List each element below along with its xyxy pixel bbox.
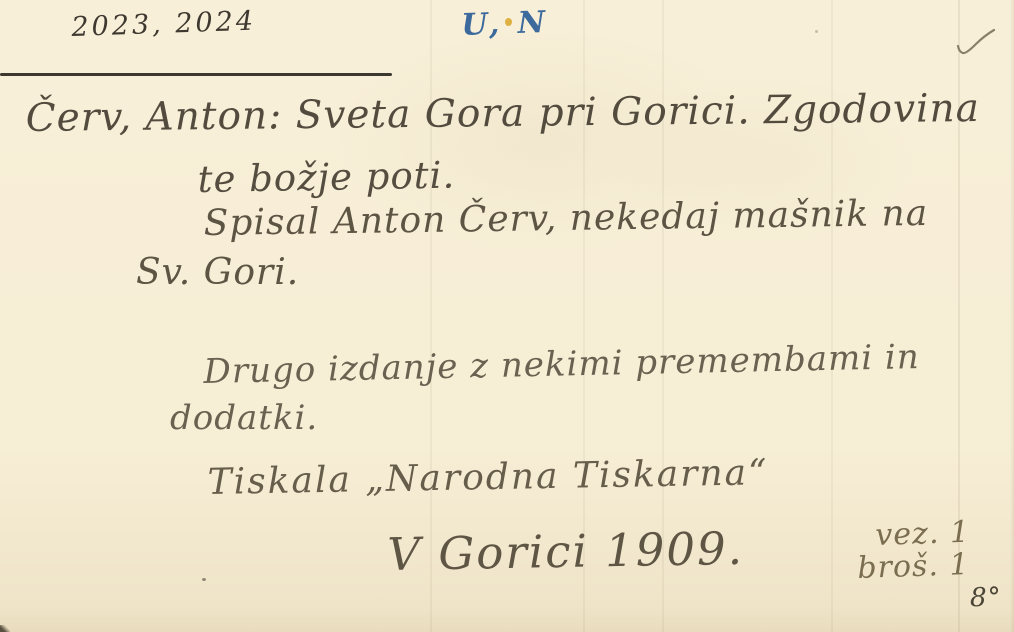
holdings-paperback-count: broš. 1 bbox=[857, 547, 970, 586]
edition-statement-line-1: Drugo izdanje z nekimi premembami in bbox=[203, 337, 920, 392]
corner-shadow bbox=[0, 625, 10, 632]
format-octavo: 8° bbox=[970, 583, 1002, 613]
catalog-card: 2023, 2024 U, N Červ, Anton: Sveta Gora … bbox=[0, 0, 1014, 632]
ink-speck bbox=[202, 578, 206, 581]
edition-statement-line-2: dodatki. bbox=[170, 398, 318, 438]
ink-speck bbox=[815, 30, 818, 33]
printer-line: Tiskala „Narodna Tiskarna“ bbox=[207, 452, 769, 503]
check-mark-icon bbox=[952, 28, 996, 60]
imprint-place-year: V Gorici 1909. bbox=[387, 522, 744, 581]
yellow-ink-dot bbox=[505, 18, 512, 26]
title-line-2: te božje poti. bbox=[197, 154, 455, 201]
card-right-edge-shadow bbox=[1010, 0, 1014, 632]
heading-underline-rule bbox=[0, 73, 392, 76]
accession-numbers: 2023, 2024 bbox=[71, 6, 257, 43]
title-line-1: Červ, Anton: Sveta Gora pri Gorici. Zgod… bbox=[26, 86, 981, 141]
statement-of-responsibility-line-2: Sv. Gori. bbox=[136, 252, 299, 293]
statement-of-responsibility-line-1: Spisal Anton Červ, nekedaj mašnik na bbox=[203, 193, 928, 244]
